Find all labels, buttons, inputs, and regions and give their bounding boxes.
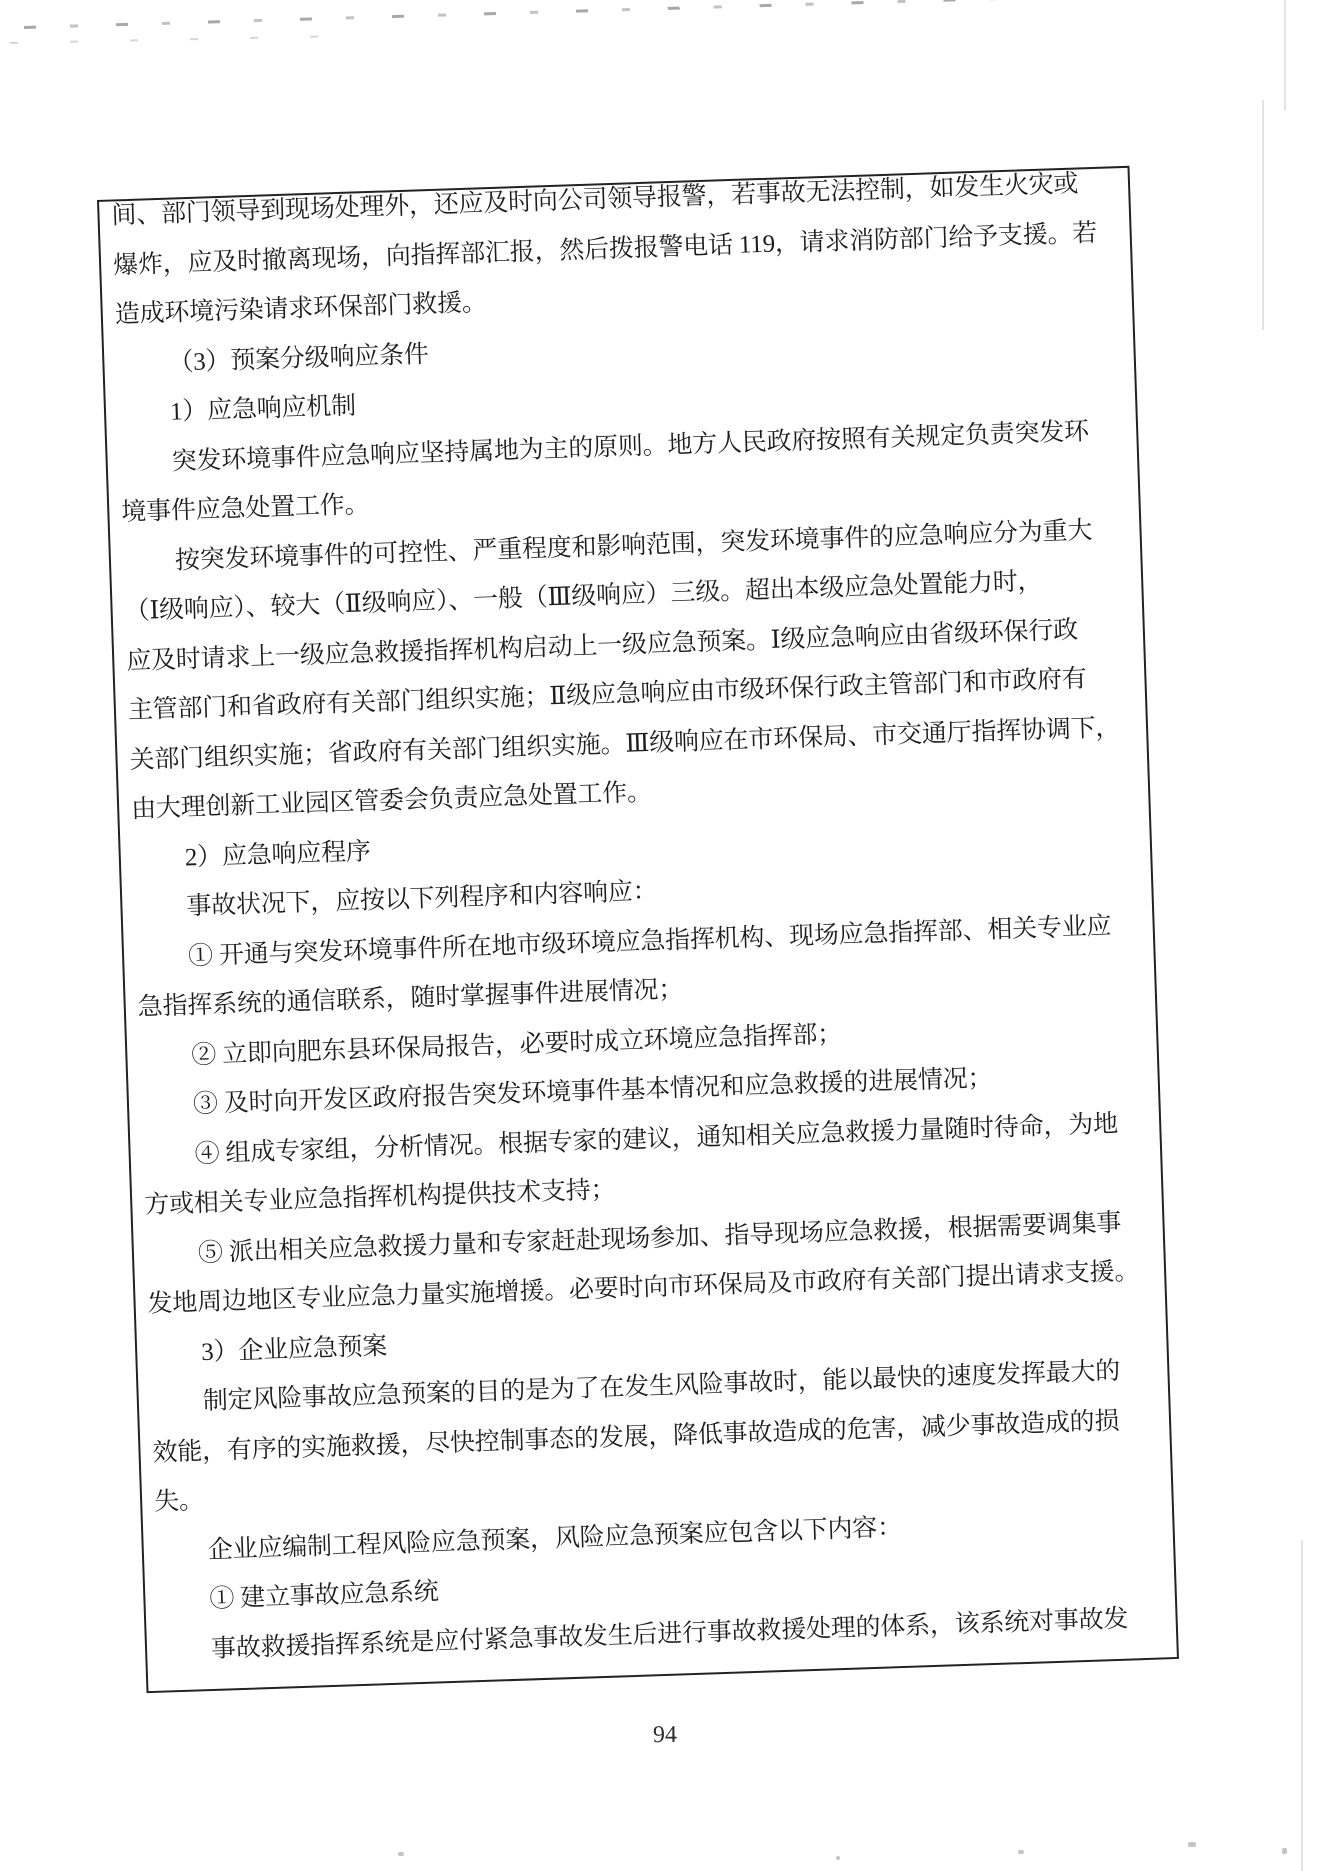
scan-artifact-speck bbox=[1018, 1850, 1024, 1854]
scan-artifact-top-dashes bbox=[24, 0, 1006, 29]
scan-artifact-speck bbox=[1282, 1848, 1287, 1854]
scan-artifact-speck bbox=[1188, 1842, 1196, 1847]
page-number: 94 bbox=[600, 1721, 730, 1749]
scan-artifact-top-dashes-2 bbox=[10, 35, 340, 44]
scanned-document-page: { "document": { "page_number": "94", "li… bbox=[0, 0, 1323, 1871]
scan-artifact-edge-line bbox=[1262, 100, 1264, 330]
scan-artifact-speck bbox=[398, 1852, 404, 1856]
content-border: 间、部门领导到现场处理外，还应及时向公司领导报警，若事故无法控制，如发生火灾或爆… bbox=[97, 166, 1179, 1693]
scan-artifact-edge-line bbox=[1284, 0, 1286, 110]
scan-artifact-edge-line bbox=[1301, 1540, 1303, 1871]
scan-artifact-speck bbox=[836, 1856, 840, 1860]
document-body: 间、部门领导到现场处理外，还应及时向公司领导报警，若事故无法控制，如发生火灾或爆… bbox=[111, 158, 1168, 1676]
